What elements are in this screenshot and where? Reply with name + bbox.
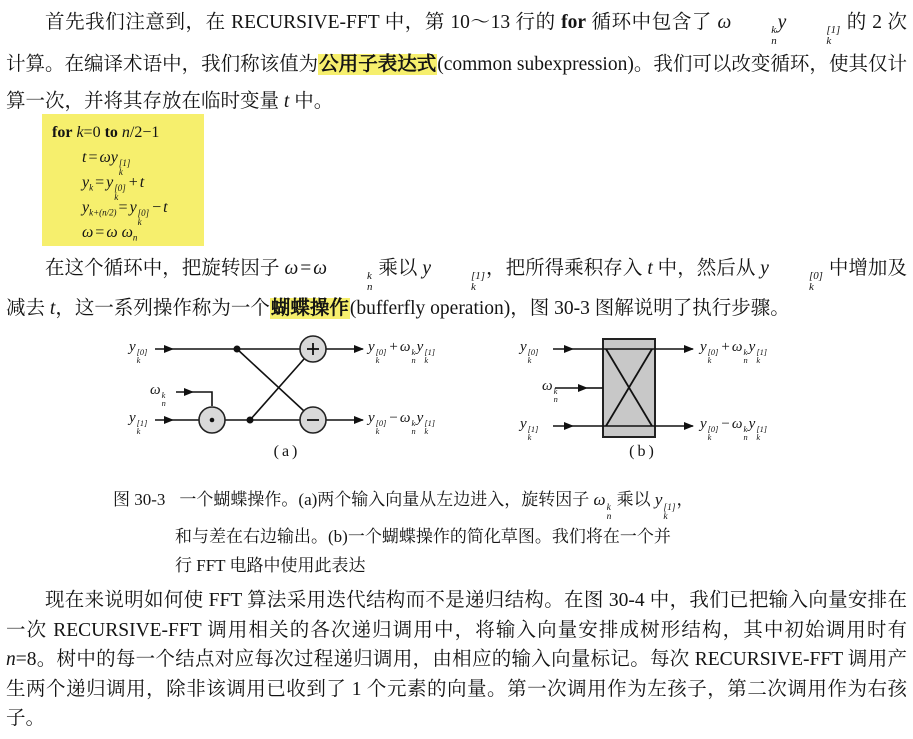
math-omega: ω — [150, 382, 161, 398]
math-y: y — [520, 339, 527, 355]
math-sup-k: k — [732, 25, 776, 35]
math-y: y — [520, 416, 527, 432]
math-y-scripts: [0]k — [528, 349, 539, 365]
figure-number: 图 30-3 — [113, 490, 165, 509]
math-t: t — [82, 149, 86, 166]
math-y-scripts: [0]k — [708, 426, 719, 442]
multiply-node — [199, 407, 225, 433]
caption-text-1c: ， — [677, 490, 694, 509]
diagram-a-wires — [155, 349, 363, 420]
math-sub-k: k — [137, 428, 148, 436]
math-omega: ω — [400, 339, 411, 355]
plus-sign: + — [129, 174, 138, 191]
p2-text-4: 中，然后从 — [653, 258, 761, 279]
p2-text-1: 在这个循环中，把旋转因子 — [45, 258, 284, 279]
butterfly-diagram-b — [515, 333, 835, 463]
math-omega-scripts: kn — [732, 25, 776, 46]
caption-line-2: 和与差在右边输出。(b)一个蝴蝶操作的简化草图。我们将在一个并 — [113, 522, 803, 551]
math-y-scripts: [0]k — [376, 420, 387, 436]
fig-a-input-y1: y[1]k — [129, 408, 148, 436]
highlight-common-subexpression: 公用子表达式 — [318, 54, 437, 75]
code-n-tail: /2−1 — [130, 124, 159, 141]
math-sub-n: n — [133, 233, 137, 243]
fig-b-input-y0: y[0]k — [520, 337, 539, 365]
math-omega-scripts: kn — [743, 426, 747, 442]
math-y: y — [130, 199, 137, 216]
junction-dot-top — [234, 346, 241, 353]
math-y-scripts: [1]k — [663, 504, 675, 522]
minus-sign: − — [152, 199, 161, 216]
math-y-scripts: [1]k — [756, 426, 767, 442]
math-sub-k: k — [424, 428, 435, 436]
math-omega-scripts: kn — [411, 420, 415, 436]
caption-text-1a: 一个蝴蝶操作。(a)两个输入向量从左边进入，旋转因子 — [179, 490, 593, 509]
fig-b-input-omega: ωkn — [542, 376, 559, 404]
p2-text-7: (bufferfly operation)，图 30-3 图解说明了执行步骤。 — [350, 298, 790, 319]
math-omega: ω — [106, 224, 117, 241]
math-omega: ω — [99, 149, 110, 166]
math-y-scripts: [1]k — [424, 349, 435, 365]
math-omega: ω — [82, 224, 93, 241]
code-line-4: yk+(n/2)=y[0]k−t — [52, 195, 204, 220]
math-y: y — [129, 339, 136, 355]
math-sub-n: n — [411, 357, 415, 365]
math-sub-k: k — [424, 357, 435, 365]
math-omega: ω — [717, 12, 731, 33]
subfigure-label-a: (a) — [262, 443, 312, 461]
math-y: y — [417, 339, 424, 355]
math-sub-k: k — [756, 357, 767, 365]
junction-dot-bottom — [247, 417, 254, 424]
pseudocode-block: for k=0 to n/2−1 t=ωy[1]k yk=y[0]k+t yk+… — [42, 114, 204, 246]
p1-text-5: 中。 — [289, 91, 333, 112]
p2-text-2: 乘以 — [373, 258, 422, 279]
equals-sign: = — [95, 224, 104, 241]
caption-line-1: 图 30-3一个蝴蝶操作。(a)两个输入向量从左边进入，旋转因子 ωkn 乘以 … — [113, 485, 803, 522]
math-omega-scripts: kn — [607, 504, 612, 522]
math-sup-k: k — [328, 271, 372, 281]
fig-a-input-y0: y[0]k — [129, 337, 148, 365]
fig-b-output-sum: y[0]k+ωkny[1]k — [700, 337, 768, 365]
math-sub-k: k — [137, 357, 148, 365]
fig-a-input-omega: ωkn — [150, 380, 167, 408]
code-line-5: ω=ω ωn — [52, 220, 204, 245]
math-y: y — [129, 410, 136, 426]
plus-node — [300, 336, 326, 362]
math-sub-k: k — [770, 282, 823, 292]
math-sub-n: n — [732, 36, 776, 46]
highlight-butterfly-operation: 蝴蝶操作 — [270, 298, 350, 319]
subfigure-label-b: (b) — [618, 443, 668, 461]
math-y: y — [111, 149, 118, 166]
math-sub-n: n — [328, 282, 372, 292]
math-sub-n: n — [743, 434, 747, 442]
paragraph-butterfly: 在这个循环中，把旋转因子 ω=ωkn 乘以 y[1]k，把所得乘积存入 t 中，… — [6, 252, 907, 326]
figure-caption: 图 30-3一个蝴蝶操作。(a)两个输入向量从左边进入，旋转因子 ωkn 乘以 … — [113, 485, 803, 580]
book-page: 首先我们注意到，在 RECURSIVE-FFT 中，第 10～13 行的 for… — [0, 0, 913, 739]
math-y: y — [368, 339, 375, 355]
plus-sign: + — [389, 339, 397, 355]
math-y: y — [749, 416, 756, 432]
math-y-scripts: [1]k — [787, 25, 840, 46]
math-omega: ω — [732, 339, 743, 355]
math-omega: ω — [122, 224, 133, 241]
math-y-scripts: [1]k — [528, 426, 539, 442]
math-omega: ω — [284, 258, 298, 279]
keyword-to: to — [105, 124, 118, 141]
code-line-3: yk=y[0]k+t — [52, 170, 204, 195]
p3-text-2: =8。树中的每一个结点对应每次过程递归调用，由相应的输入向量标记。每次 RECU… — [6, 649, 907, 729]
math-y: y — [700, 339, 707, 355]
math-omega-scripts: kn — [554, 388, 558, 404]
math-sub-k: k — [376, 357, 387, 365]
code-line-2: t=ωy[1]k — [52, 145, 204, 170]
math-sub-k: k — [663, 513, 675, 522]
code-eq0: =0 — [84, 124, 101, 141]
plus-sign: + — [721, 339, 729, 355]
minus-sign: − — [389, 410, 397, 426]
math-omega-scripts: kn — [162, 392, 166, 408]
math-y: y — [700, 416, 707, 432]
math-t: t — [140, 174, 144, 191]
keyword-for: for — [561, 12, 586, 33]
minus-node — [300, 407, 326, 433]
math-sub-n: n — [743, 357, 747, 365]
minus-sign: − — [721, 416, 729, 432]
math-y-scripts: [1]k — [756, 349, 767, 365]
math-y: y — [760, 258, 769, 279]
p2-text-3: ，把所得乘积存入 — [486, 258, 647, 279]
fig-a-output-diff: y[0]k−ωkny[1]k — [368, 408, 436, 436]
math-sup-1: [1] — [432, 271, 485, 281]
math-y: y — [417, 410, 424, 426]
math-sub-n: n — [162, 400, 166, 408]
math-y: y — [655, 490, 663, 509]
equals-sign: = — [88, 149, 97, 166]
math-y-scripts: [0]k — [708, 349, 719, 365]
p1-text-1: 首先我们注意到，在 RECURSIVE-FFT 中，第 10～13 行的 — [45, 12, 561, 33]
math-y-scripts: [0]k — [138, 209, 149, 226]
math-omega-scripts: kn — [411, 349, 415, 365]
math-sub-k: k — [89, 183, 93, 193]
math-sub-k: k — [756, 434, 767, 442]
p3-text-1: 现在来说明如何使 FFT 算法采用迭代结构而不是递归结构。在图 30-4 中，我… — [6, 590, 907, 641]
math-sub-k-n2: k+(n/2) — [89, 208, 116, 218]
fig-b-output-diff: y[0]k−ωkny[1]k — [700, 414, 768, 442]
math-omega-scripts: kn — [743, 349, 747, 365]
math-sub-n: n — [554, 396, 558, 404]
math-t: t — [163, 199, 167, 216]
math-sub-k: k — [708, 357, 719, 365]
fig-a-output-sum: y[0]k+ωkny[1]k — [368, 337, 436, 365]
math-y: y — [106, 174, 113, 191]
math-sub-k: k — [528, 357, 539, 365]
math-omega: ω — [732, 416, 743, 432]
math-sup-1: [1] — [787, 25, 840, 35]
math-omega: ω — [542, 378, 553, 394]
paragraph-iterative-fft: 现在来说明如何使 FFT 算法采用迭代结构而不是递归结构。在图 30-4 中，我… — [6, 586, 907, 734]
math-sub-k: k — [376, 428, 387, 436]
math-y-scripts: [1]k — [424, 420, 435, 436]
math-omega: ω — [313, 258, 327, 279]
equals-sign: = — [95, 174, 104, 191]
math-sub-k: k — [432, 282, 485, 292]
equals-sign: = — [119, 199, 128, 216]
paragraph-common-subexpression: 首先我们注意到，在 RECURSIVE-FFT 中，第 10～13 行的 for… — [6, 4, 907, 120]
math-y-scripts: [1]k — [137, 420, 148, 436]
math-y: y — [368, 410, 375, 426]
math-y: y — [749, 339, 756, 355]
caption-line-3: 行 FFT 电路中使用此表达 — [113, 551, 803, 580]
math-y-scripts: [1]k — [432, 271, 485, 292]
math-y: y — [778, 12, 787, 33]
keyword-for: for — [52, 124, 72, 141]
equals-sign: = — [300, 258, 311, 279]
math-omega-scripts: kn — [328, 271, 372, 292]
math-sub-k: k — [708, 434, 719, 442]
math-n: n — [122, 124, 130, 141]
math-omega: ω — [594, 490, 606, 509]
math-sub-n: n — [411, 428, 415, 436]
fig-b-input-y1: y[1]k — [520, 414, 539, 442]
code-line-1: for k=0 to n/2−1 — [52, 120, 204, 145]
math-y: y — [422, 258, 431, 279]
math-k: k — [76, 124, 83, 141]
math-omega: ω — [400, 410, 411, 426]
math-sup-0: [0] — [770, 271, 823, 281]
math-sub-k: k — [787, 36, 840, 46]
math-sub-k: k — [528, 434, 539, 442]
caption-text-1b: 乘以 — [612, 490, 655, 509]
p2-text-6: ，这一系列操作称为一个 — [55, 298, 270, 319]
math-sub-k: k — [138, 218, 149, 227]
math-y-scripts: [0]k — [137, 349, 148, 365]
math-n: n — [6, 649, 16, 670]
math-sub-n: n — [607, 513, 612, 522]
math-y-scripts: [0]k — [770, 271, 823, 292]
math-y-scripts: [0]k — [376, 349, 387, 365]
p1-text-2: 循环中包含了 — [586, 12, 717, 33]
